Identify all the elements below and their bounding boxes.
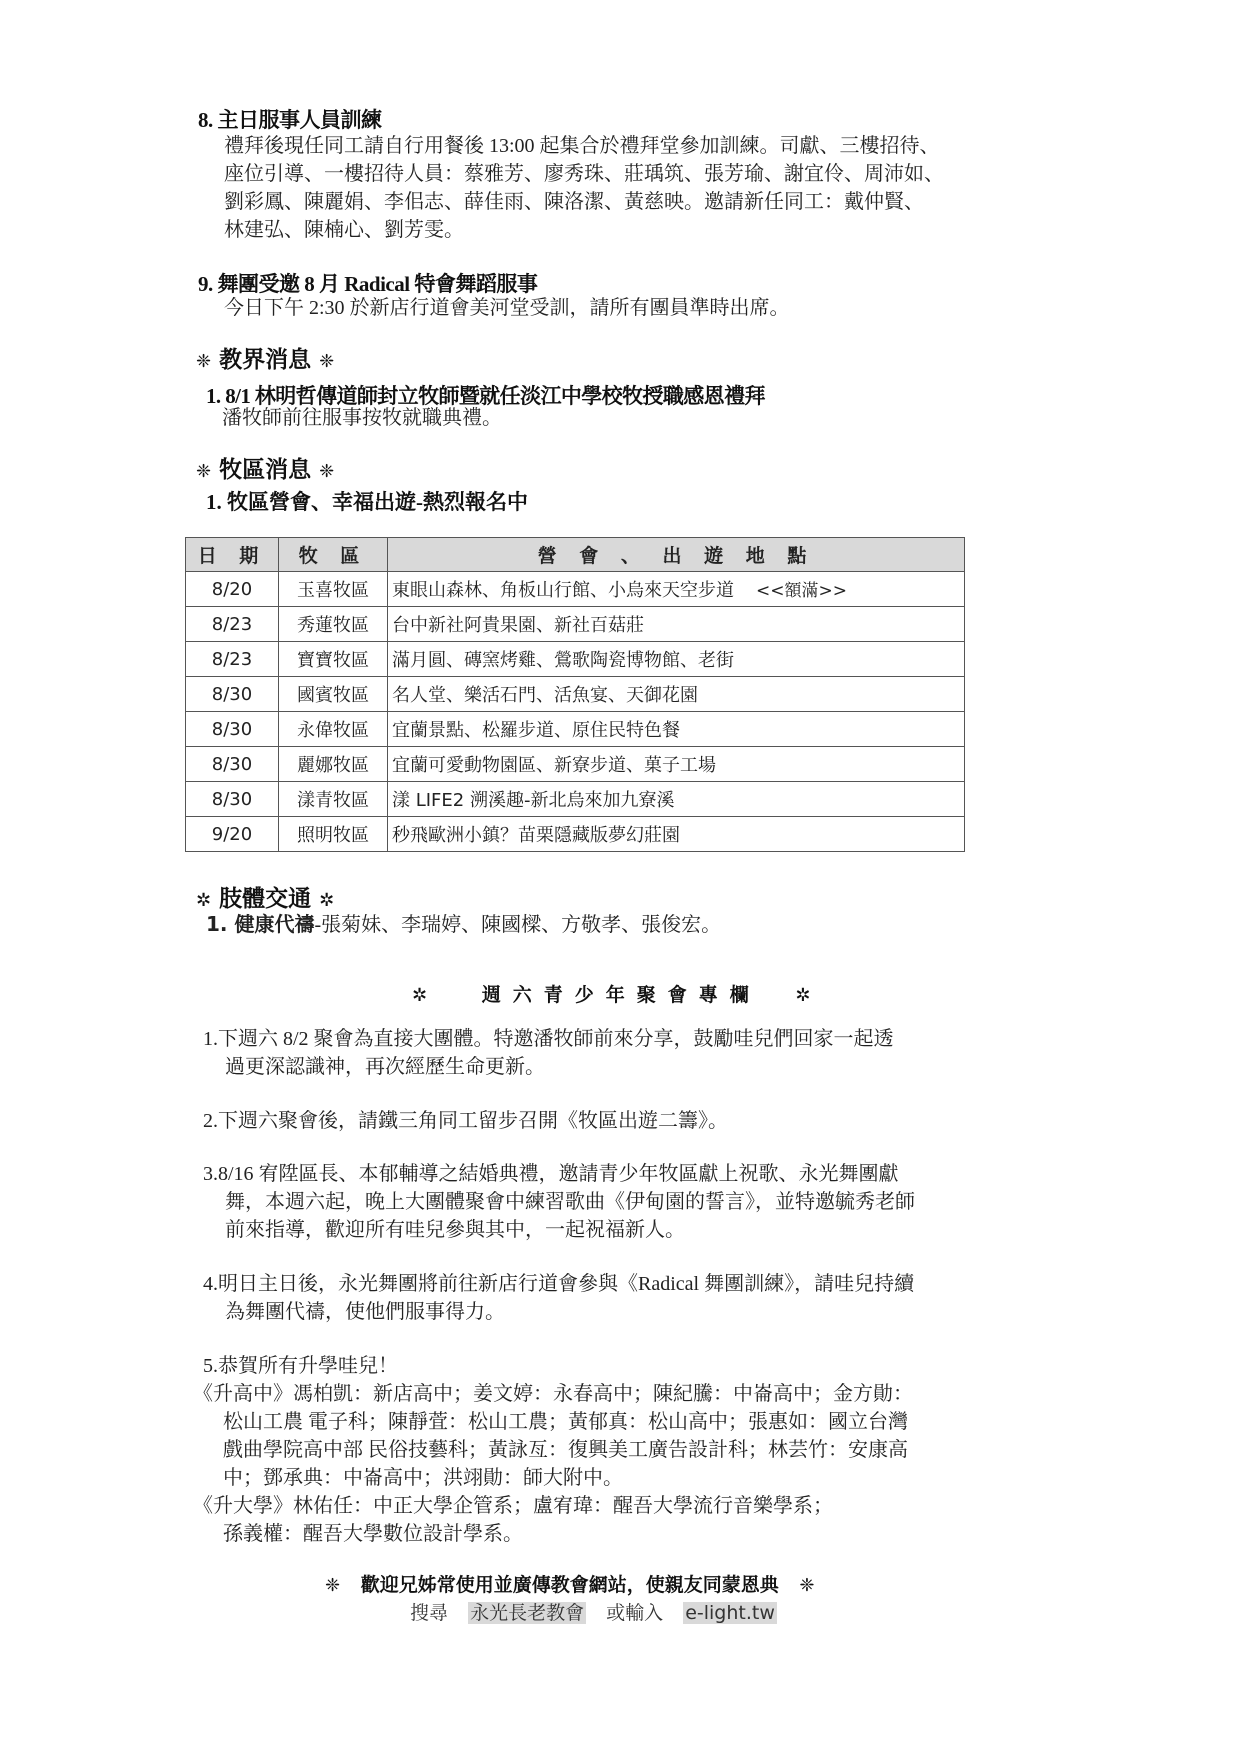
youth-item-5: 5.恭賀所有升學哇兒！ (203, 1352, 1023, 1380)
item-8-line: 禮拜後現任同工請自行用餐後 13:00 起集合於禮拜堂參加訓練。司獻、三樓招待、 (224, 132, 1024, 160)
cell-date: 8/23 (186, 642, 279, 677)
youth-column-title: ✲ 週六青少年聚會專欄 ✲ (412, 980, 822, 1007)
item-8-body: 禮拜後現任同工請自行用餐後 13:00 起集合於禮拜堂參加訓練。司獻、三樓招待、… (224, 132, 1024, 244)
cell-zone: 照明牧區 (279, 817, 388, 852)
cell-zone: 麗娜牧區 (279, 747, 388, 782)
cell-zone: 玉喜牧區 (279, 572, 388, 607)
cell-date: 8/23 (186, 607, 279, 642)
header-place: 營 會 、 出 遊 地 點 (388, 538, 965, 572)
section-denomination-title: ❈ 教界消息 ❈ (196, 341, 334, 374)
item-8-line: 劉彩鳳、陳麗娟、李佀志、薛佳雨、陳洛潔、黃慈映。邀請新任同工：戴仲賢、 (224, 188, 1024, 216)
section-fellowship-title: ✲ 肢體交通 ✲ (196, 880, 334, 913)
cell-zone: 秀蓮牧區 (279, 607, 388, 642)
cell-zone: 國賓牧區 (279, 677, 388, 712)
youth-item-4: 4.明日主日後，永光舞團將前往新店行道會參與《Radical 舞團訓練》，請哇兒… (203, 1270, 1023, 1326)
flower-star-icon: ❈ (319, 461, 334, 482)
cell-zone: 寶寶牧區 (279, 642, 388, 677)
asterisk-star-icon: ✲ (319, 890, 334, 911)
cell-place: 宜蘭可愛動物園區、新寮步道、菓子工場 (388, 747, 965, 782)
website-url[interactable]: e-light.tw (683, 1602, 777, 1624)
outings-table: 日 期 牧 區 營 會 、 出 遊 地 點 8/20 玉喜牧區 東眼山森林、角板… (185, 537, 965, 852)
asterisk-star-icon: ✲ (795, 985, 822, 1006)
table-row: 8/20 玉喜牧區 東眼山森林、角板山行館、小烏來天空步道<<額滿>> (186, 572, 965, 607)
table-row: 8/30 國賓牧區 名人堂、樂活石門、活魚宴、天御花園 (186, 677, 965, 712)
table-header-row: 日 期 牧 區 營 會 、 出 遊 地 點 (186, 538, 965, 572)
cell-zone: 永偉牧區 (279, 712, 388, 747)
cell-date: 8/30 (186, 712, 279, 747)
table-row: 8/23 秀蓮牧區 台中新社阿貴果園、新社百菇莊 (186, 607, 965, 642)
item-8-line: 座位引導、一樓招待人員：蔡雅芳、廖秀珠、莊瑀筑、張芳瑜、謝宜伶、周沛如、 (224, 160, 1024, 188)
cell-zone: 漾青牧區 (279, 782, 388, 817)
cell-date: 8/20 (186, 572, 279, 607)
search-term-highlight: 永光長老教會 (468, 1602, 586, 1624)
footer-website-invite: ❈ 歡迎兄姊常使用並廣傳教會網站，使親友同蒙恩典 ❈ (325, 1570, 814, 1597)
cell-place: 東眼山森林、角板山行館、小烏來天空步道<<額滿>> (388, 572, 965, 607)
item-8-title: 8. 主日服事人員訓練 (198, 104, 382, 134)
fellowship-item-1: 1. 健康代禱-張菊妹、李瑞婷、陳國樑、方敬孝、張俊宏。 (206, 910, 721, 939)
asterisk-star-icon: ✲ (412, 985, 439, 1006)
youth-item-1: 1.下週六 8/2 聚會為直接大團體。特邀潘牧師前來分享，鼓勵哇兒們回家一起透 … (203, 1025, 1023, 1081)
cell-date: 8/30 (186, 782, 279, 817)
flower-star-icon: ❈ (319, 351, 334, 372)
table-row: 8/23 寶寶牧區 滿月圓、磚窯烤雞、鶯歌陶瓷博物館、老街 (186, 642, 965, 677)
table-row: 9/20 照明牧區 秒飛歐洲小鎮？苗栗隱藏版夢幻莊園 (186, 817, 965, 852)
cell-place: 宜蘭景點、松羅步道、原住民特色餐 (388, 712, 965, 747)
cell-place: 漾 LIFE2 溯溪趣-新北烏來加九寮溪 (388, 782, 965, 817)
cell-date: 8/30 (186, 747, 279, 782)
asterisk-star-icon: ✲ (196, 890, 211, 911)
cell-date: 9/20 (186, 817, 279, 852)
cell-place: 滿月圓、磚窯烤雞、鶯歌陶瓷博物館、老街 (388, 642, 965, 677)
section-pastoral-title: ❈ 牧區消息 ❈ (196, 451, 334, 484)
table-row: 8/30 漾青牧區 漾 LIFE2 溯溪趣-新北烏來加九寮溪 (186, 782, 965, 817)
youth-item-2: 2.下週六聚會後，請鐵三角同工留步召開《牧區出遊二籌》。 (203, 1107, 1023, 1135)
table-row: 8/30 麗娜牧區 宜蘭可愛動物園區、新寮步道、菓子工場 (186, 747, 965, 782)
cell-place: 秒飛歐洲小鎮？苗栗隱藏版夢幻莊園 (388, 817, 965, 852)
prayer-label: 1. 健康代禱 (206, 912, 314, 936)
denomination-item-1-body: 潘牧師前往服事按牧就職典禮。 (222, 404, 502, 432)
flower-star-icon: ❈ (196, 461, 211, 482)
cell-place: 台中新社阿貴果園、新社百菇莊 (388, 607, 965, 642)
university-label: 《升大學》 (193, 1495, 293, 1517)
flower-star-icon: ❈ (325, 1575, 340, 1596)
high-school-label: 《升高中》 (193, 1383, 293, 1405)
flower-star-icon: ❈ (799, 1575, 814, 1596)
item-9-body: 今日下午 2:30 於新店行道會美河堂受訓，請所有團員準時出席。 (224, 294, 790, 322)
header-zone: 牧 區 (279, 538, 388, 572)
university-list: 《升大學》林佑任：中正大學企管系；盧宥瑋：醒吾大學流行音樂學系； 孫義權：醒吾大… (193, 1492, 1023, 1548)
cell-place: 名人堂、樂活石門、活魚宴、天御花園 (388, 677, 965, 712)
flower-star-icon: ❈ (196, 351, 211, 372)
pastoral-item-1-title: 1. 牧區營會、幸福出遊-熱烈報名中 (206, 486, 528, 516)
cell-date: 8/30 (186, 677, 279, 712)
footer-search-line: 搜尋 永光長老教會 或輸入 e-light.tw (410, 1598, 777, 1625)
table-row: 8/30 永偉牧區 宜蘭景點、松羅步道、原住民特色餐 (186, 712, 965, 747)
full-badge: <<額滿>> (756, 581, 847, 601)
prayer-names: -張菊妹、李瑞婷、陳國樑、方敬孝、張俊宏。 (314, 914, 721, 936)
item-8-line: 林建弘、陳楠心、劉芳雯。 (224, 216, 1024, 244)
high-school-list: 《升高中》馮柏凱：新店高中；姜文婷：永春高中；陳紀騰：中崙高中；金方勛： 松山工… (193, 1380, 1023, 1492)
youth-item-3: 3.8/16 宥陞區長、本郁輔導之結婚典禮，邀請青少年牧區獻上祝歌、永光舞團獻 … (203, 1160, 1023, 1244)
header-date: 日 期 (186, 538, 279, 572)
